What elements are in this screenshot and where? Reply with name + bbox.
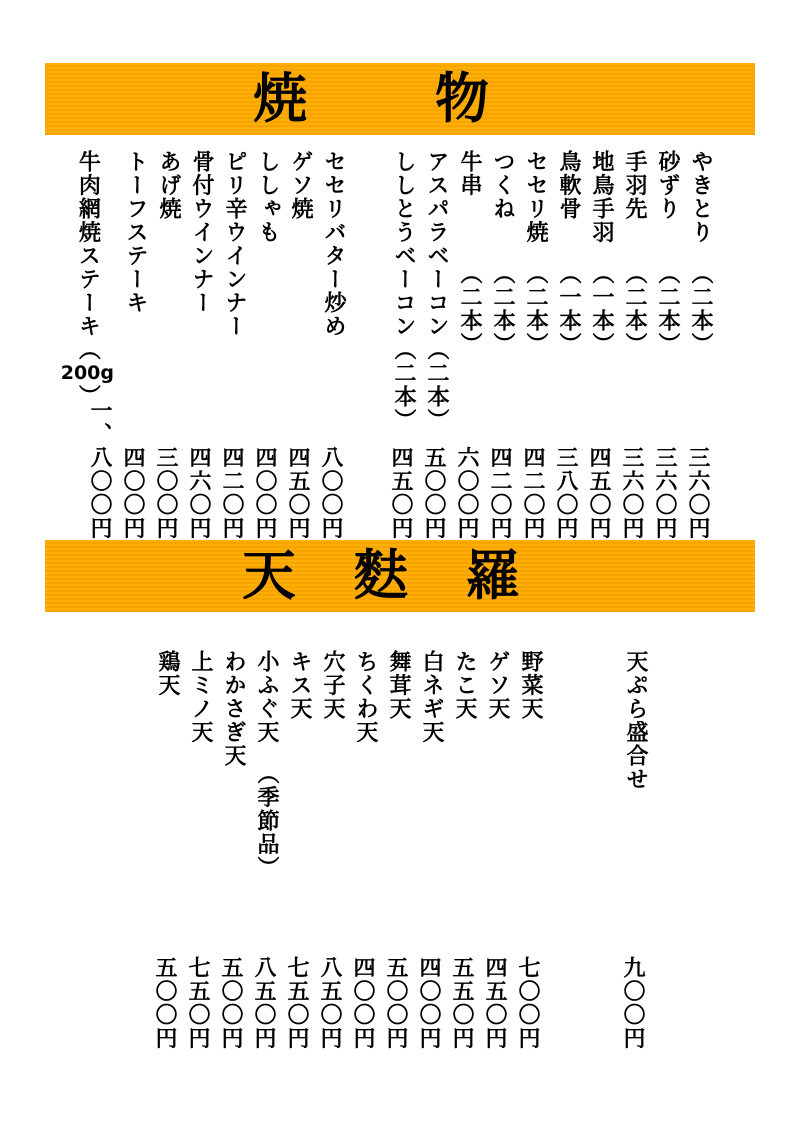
menu-item: セセリバター炒め八〇〇円: [312, 150, 345, 540]
item-name: たこ天: [452, 650, 477, 721]
item-price: 三六〇円: [686, 446, 709, 540]
item-price: 三六〇円: [620, 446, 643, 540]
menu-item: 牛串（二本）六〇〇円: [448, 150, 481, 540]
item-price: 八〇〇円: [319, 446, 342, 540]
menu-item: 牛肉網焼ステーキ（200g）一、八〇〇円: [81, 150, 114, 540]
menu-item: ししとうベーコン（二本）四五〇円: [382, 150, 415, 540]
item-qty: （二本）: [523, 262, 548, 356]
item-qty: （二本）: [424, 338, 449, 432]
menu-item: キス天七五〇円: [278, 650, 311, 1050]
menu-item: やきとり（二本）三六〇円: [679, 150, 712, 540]
item-qty: （二本）: [490, 262, 515, 356]
top-margin: [0, 0, 800, 63]
item-name: トーフステーキ: [123, 150, 148, 315]
item-price: 四五〇円: [587, 446, 610, 540]
section-banner-yakimono: 焼物: [45, 63, 755, 135]
menu-item-group: 天ぷら盛合せ九〇〇円: [614, 650, 647, 1050]
item-price: 四〇〇円: [417, 956, 440, 1050]
menu-section-tempura: 天ぷら盛合せ九〇〇円野菜天七〇〇円ゲソ天四五〇円たこ天五五〇円白ネギ天四〇〇円舞…: [45, 650, 755, 1050]
item-name: 手羽先: [623, 150, 646, 262]
menu-item: わかさぎ天五〇〇円: [212, 650, 245, 1050]
item-price: 四〇〇円: [351, 956, 374, 1050]
item-qty: （二本）: [391, 338, 416, 432]
item-price: 五〇〇円: [219, 956, 242, 1050]
item-name: 地鳥手羽: [590, 150, 613, 262]
item-qty: （二本）: [688, 262, 713, 356]
item-name: ゲソ天: [485, 650, 510, 721]
item-name: わかさぎ天: [221, 650, 246, 768]
item-qty: （二本）: [655, 262, 680, 356]
item-name: あげ焼: [156, 150, 181, 221]
menu-item: 野菜天七〇〇円: [509, 650, 542, 1050]
menu-item: 手羽先（二本）三六〇円: [613, 150, 646, 540]
item-name: セセリ焼: [524, 150, 547, 262]
item-qty: （二本）: [622, 262, 647, 356]
item-price: 九〇〇円: [621, 956, 644, 1050]
menu-item: ゲソ天四五〇円: [476, 650, 509, 1050]
menu-item: 砂ずり（二本）三六〇円: [646, 150, 679, 540]
item-name: アスパラベーコン: [425, 150, 448, 338]
item-price: 四五〇円: [389, 446, 412, 540]
item-name: 鶏天: [155, 650, 180, 697]
item-price: 四五〇円: [483, 956, 506, 1050]
menu-item: あげ焼三〇〇円: [147, 150, 180, 540]
item-name: 上ミノ天: [188, 650, 213, 744]
section-title-yakimono: 焼物: [183, 72, 617, 126]
item-name: ししとうベーコン: [392, 150, 415, 338]
menu-item: つくね（二本）四二〇円: [481, 150, 514, 540]
menu-item-group: やきとり（二本）三六〇円砂ずり（二本）三六〇円手羽先（二本）三六〇円地鳥手羽（一…: [382, 150, 712, 540]
item-qty: （一本）: [589, 262, 614, 356]
menu-item: 骨付ウインナー四六〇円: [180, 150, 213, 540]
item-name: 牛肉網焼ステーキ: [75, 150, 100, 338]
menu-section-yakimono: やきとり（二本）三六〇円砂ずり（二本）三六〇円手羽先（二本）三六〇円地鳥手羽（一…: [45, 150, 755, 540]
item-name: ししゃも: [255, 150, 280, 244]
item-name: 天ぷら盛合せ: [623, 650, 648, 791]
item-name: キス天: [287, 650, 312, 721]
menu-item: ピリ辛ウインナー四二〇円: [213, 150, 246, 540]
menu-item-group: 野菜天七〇〇円ゲソ天四五〇円たこ天五五〇円白ネギ天四〇〇円舞茸天五〇〇円ちくわ天…: [146, 650, 542, 1050]
menu-page: 焼物 やきとり（二本）三六〇円砂ずり（二本）三六〇円手羽先（二本）三六〇円地鳥手…: [0, 0, 800, 1131]
item-price: 五〇〇円: [422, 446, 445, 540]
menu-item: ししゃも四〇〇円: [246, 150, 279, 540]
item-qty-horizontal: 200g: [61, 364, 114, 383]
menu-item: 天ぷら盛合せ九〇〇円: [614, 650, 647, 1050]
menu-item: 地鳥手羽（一本）四五〇円: [580, 150, 613, 540]
menu-item: アスパラベーコン（二本）五〇〇円: [415, 150, 448, 540]
item-name: 野菜天: [518, 650, 543, 721]
item-qty-paren-open: （: [75, 338, 100, 362]
menu-item: ゲソ焼四五〇円: [279, 150, 312, 540]
item-price: 三〇〇円: [154, 446, 177, 540]
item-name: セセリバター炒め: [321, 150, 346, 338]
menu-item: トーフステーキ四〇〇円: [114, 150, 147, 540]
item-price: 四五〇円: [286, 446, 309, 540]
item-name: ちくわ天: [353, 650, 378, 744]
menu-item: 鳥軟骨（一本）三八〇円: [547, 150, 580, 540]
menu-item: ちくわ天四〇〇円: [344, 650, 377, 1050]
item-price: 三八〇円: [554, 446, 577, 540]
item-qty: （季節品）: [254, 762, 279, 880]
menu-item: 鶏天五〇〇円: [146, 650, 179, 1050]
item-price: 七五〇円: [285, 956, 308, 1050]
item-name: ゲソ焼: [288, 150, 313, 221]
menu-item: 舞茸天五〇〇円: [377, 650, 410, 1050]
item-price: 四二〇円: [488, 446, 511, 540]
menu-item: 白ネギ天四〇〇円: [410, 650, 443, 1050]
menu-item: 上ミノ天七五〇円: [179, 650, 212, 1050]
item-name: 小ふぐ天: [255, 650, 278, 762]
item-name: 舞茸天: [386, 650, 411, 721]
item-qty: （二本）: [457, 262, 482, 356]
item-price: 八五〇円: [252, 956, 275, 1050]
menu-item: たこ天五五〇円: [443, 650, 476, 1050]
item-price: 四〇〇円: [121, 446, 144, 540]
menu-item-group: セセリバター炒め八〇〇円ゲソ焼四五〇円ししゃも四〇〇円ピリ辛ウインナー四二〇円骨…: [81, 150, 345, 540]
menu-item: 小ふぐ天（季節品）八五〇円: [245, 650, 278, 1050]
item-name: ピリ辛ウインナー: [222, 150, 247, 338]
menu-item: セセリ焼（二本）四二〇円: [514, 150, 547, 540]
item-name: 鳥軟骨: [557, 150, 580, 262]
item-price: 四六〇円: [187, 446, 210, 540]
item-price: 四二〇円: [220, 446, 243, 540]
item-price: 四〇〇円: [253, 446, 276, 540]
item-qty: （一本）: [556, 262, 581, 356]
item-price: 七〇〇円: [516, 956, 539, 1050]
item-price: 五〇〇円: [153, 956, 176, 1050]
item-price: 三六〇円: [653, 446, 676, 540]
item-price: 四二〇円: [521, 446, 544, 540]
item-price: 一、八〇〇円: [88, 399, 111, 540]
menu-item: 穴子天八五〇円: [311, 650, 344, 1050]
item-price: 八五〇円: [318, 956, 341, 1050]
item-price: 五五〇円: [450, 956, 473, 1050]
item-name: 骨付ウインナー: [189, 150, 214, 315]
section-title-tempura: 天麩羅: [222, 549, 578, 603]
item-name: 白ネギ天: [419, 650, 444, 744]
item-name: 砂ずり: [656, 150, 679, 262]
section-banner-tempura: 天麩羅: [45, 540, 755, 612]
item-name: つくね: [491, 150, 514, 262]
item-price: 七五〇円: [186, 956, 209, 1050]
item-name: 穴子天: [320, 650, 345, 721]
item-price: 六〇〇円: [455, 446, 478, 540]
item-name: やきとり: [689, 150, 712, 262]
item-price: 五〇〇円: [384, 956, 407, 1050]
item-name: 牛串: [458, 150, 481, 262]
